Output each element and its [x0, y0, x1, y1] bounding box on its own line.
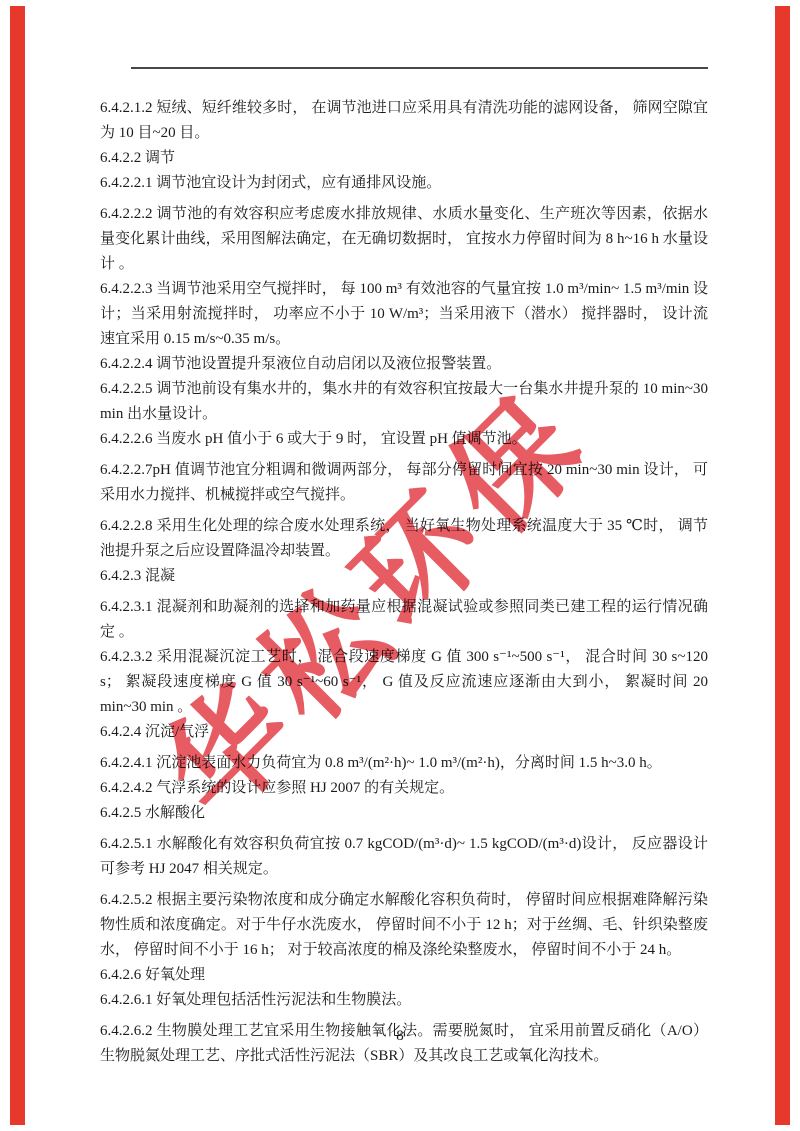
clause-paragraph: 6.4.2.6 好氧处理	[100, 963, 708, 988]
clause-paragraph: 6.4.2.5.1 水解酸化有效容积负荷宜按 0.7 kgCOD/(m³·d)~…	[100, 832, 708, 882]
clause-paragraph: 6.4.2.2.6 当废水 pH 值小于 6 或大于 9 时， 宜设置 pH 值…	[100, 427, 708, 452]
clause-paragraph: 6.4.2.4.2 气浮系统的设计应参照 HJ 2007 的有关规定。	[100, 776, 708, 801]
clause-paragraph: 6.4.2.2.4 调节池设置提升泵液位自动启闭以及液位报警装置。	[100, 352, 708, 377]
left-edge-red-bar	[10, 6, 25, 1125]
right-edge-red-bar	[775, 6, 790, 1125]
clause-paragraph: 6.4.2.2.2 调节池的有效容积应考虑废水排放规律、水质水量变化、生产班次等…	[100, 202, 708, 277]
clause-paragraph: 6.4.2.3.2 采用混凝沉淀工艺时， 混合段速度梯度 G 值 300 s⁻¹…	[100, 645, 708, 720]
clause-paragraph: 6.4.2.2.5 调节池前设有集水井的，集水井的有效容积宜按最大一台集水井提升…	[100, 377, 708, 427]
document-page: 6.4.2.1.2 短绒、短纤维较多时， 在调节池进口应采用具有清洗功能的滤网设…	[0, 0, 800, 1131]
clause-paragraph: 6.4.2.4.1 沉淀池表面水力负荷宜为 0.8 m³/(m²·h)~ 1.0…	[100, 751, 708, 776]
page-number: 8	[0, 1028, 800, 1045]
clause-paragraph: 6.4.2.5 水解酸化	[100, 801, 708, 826]
clause-paragraph: 6.4.2.1.2 短绒、短纤维较多时， 在调节池进口应采用具有清洗功能的滤网设…	[100, 96, 708, 146]
document-body: 6.4.2.1.2 短绒、短纤维较多时， 在调节池进口应采用具有清洗功能的滤网设…	[100, 96, 708, 1069]
clause-paragraph: 6.4.2.6.1 好氧处理包括活性污泥法和生物膜法。	[100, 988, 708, 1013]
clause-paragraph: 6.4.2.4 沉淀/气浮	[100, 720, 708, 745]
clause-paragraph: 6.4.2.2 调节	[100, 146, 708, 171]
clause-paragraph: 6.4.2.2.1 调节池宜设计为封闭式，应有通排风设施。	[100, 171, 708, 196]
clause-paragraph: 6.4.2.2.3 当调节池采用空气搅拌时， 每 100 m³ 有效池容的气量宜…	[100, 277, 708, 352]
clause-paragraph: 6.4.2.5.2 根据主要污染物浓度和成分确定水解酸化容积负荷时， 停留时间应…	[100, 888, 708, 963]
clause-paragraph: 6.4.2.2.8 采用生化处理的综合废水处理系统， 当好氧生物处理系统温度大于…	[100, 514, 708, 564]
clause-paragraph: 6.4.2.3.1 混凝剂和助凝剂的选择和加药量应根据混凝试验或参照同类已建工程…	[100, 595, 708, 645]
clause-paragraph: 6.4.2.2.7pH 值调节池宜分粗调和微调两部分， 每部分停留时间宜按 20…	[100, 458, 708, 508]
header-rule	[131, 67, 708, 69]
clause-paragraph: 6.4.2.3 混凝	[100, 564, 708, 589]
